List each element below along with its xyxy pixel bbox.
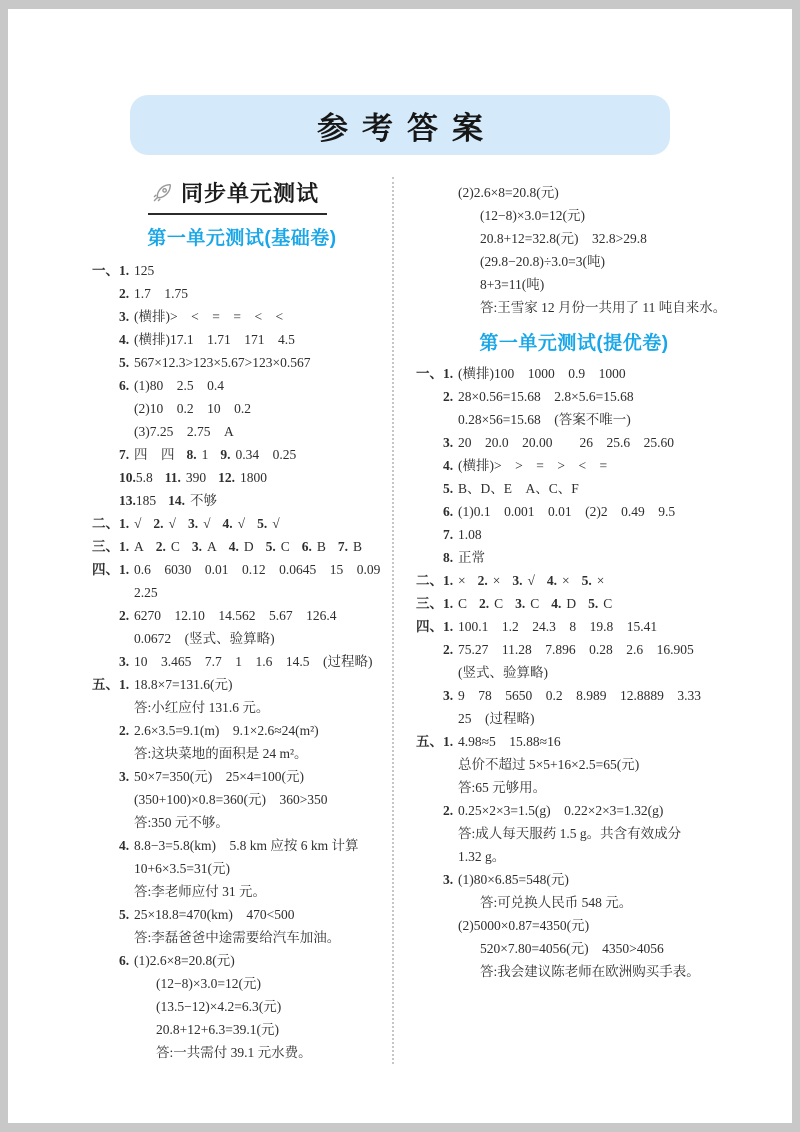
question-number: 9. bbox=[220, 443, 230, 466]
question-number: 3. bbox=[443, 868, 458, 891]
answer-text: 2.6×3.5=9.1(m) 9.1×2.6≈24(m²) bbox=[134, 719, 319, 742]
section-marker: 二、 bbox=[92, 512, 119, 535]
answer-text: 20.8+12=32.8(元) 32.8>29.8 bbox=[480, 227, 647, 250]
answer-line: (2)2.6×8=20.8(元) bbox=[416, 181, 732, 204]
question-number: 3. bbox=[119, 765, 134, 788]
question-number: 2. bbox=[443, 638, 458, 661]
answer-text: 10 3.465 7.7 1 1.6 14.5 (过程略) bbox=[134, 650, 373, 673]
answer-text: 390 bbox=[186, 466, 206, 489]
answer-text: 20 20.0 20.00 26 25.6 25.60 bbox=[458, 431, 674, 454]
answer-line: 6.(1)2.6×8=20.8(元) bbox=[92, 949, 392, 972]
answer-line: 20.8+12=32.8(元) 32.8>29.8 bbox=[416, 227, 732, 250]
answer-text: 1800 bbox=[240, 466, 267, 489]
answer-text: 100.1 1.2 24.3 8 19.8 15.41 bbox=[458, 615, 657, 638]
answer-text: 4.98≈5 15.88≈16 bbox=[458, 730, 561, 753]
answer-text: 1.32 g。 bbox=[458, 845, 505, 868]
question-number: 2. bbox=[119, 604, 134, 627]
answer-text: (竖式、验算略) bbox=[458, 661, 548, 684]
answer-line: 7.四 四8.19.0.34 0.25 bbox=[92, 443, 392, 466]
section-marker: 五、 bbox=[92, 673, 119, 696]
section-marker: 一、 bbox=[92, 259, 119, 282]
section-marker: 三、 bbox=[92, 535, 119, 558]
answer-line: 答:350 元不够。 bbox=[92, 811, 392, 834]
answer-line: 3.9 78 5650 0.2 8.989 12.8889 3.33 bbox=[416, 684, 732, 707]
answer-line: 3.10 3.465 7.7 1 1.6 14.5 (过程略) bbox=[92, 650, 392, 673]
answer-text: (12−8)×3.0=12(元) bbox=[156, 972, 261, 995]
answer-text: × bbox=[597, 569, 605, 592]
question-number: 3. bbox=[192, 535, 202, 558]
answer-text: 8.8−3=5.8(km) 5.8 km 应按 6 km 计算 bbox=[134, 834, 358, 857]
answer-line: 4.(横排)17.1 1.71 171 4.5 bbox=[92, 328, 392, 351]
answer-line: 3.(横排)> < = = < < bbox=[92, 305, 392, 328]
answer-text: 25 (过程略) bbox=[458, 707, 535, 730]
question-number: 1. bbox=[119, 673, 134, 696]
answer-text: C bbox=[530, 592, 539, 615]
answer-line: (竖式、验算略) bbox=[416, 661, 732, 684]
answer-line: 520×7.80=4056(元) 4350>4056 bbox=[416, 937, 732, 960]
answer-line: (3)7.25 2.75 A bbox=[92, 420, 392, 443]
answer-line: 四、1.100.1 1.2 24.3 8 19.8 15.41 bbox=[416, 615, 732, 638]
answer-text: 0.28×56=15.68 (答案不唯一) bbox=[458, 408, 631, 431]
answer-line: (12−8)×3.0=12(元) bbox=[92, 972, 392, 995]
answer-line: 五、1.18.8×7=131.6(元) bbox=[92, 673, 392, 696]
answer-text: 10+6×3.5=31(元) bbox=[134, 857, 230, 880]
question-number: 4. bbox=[119, 328, 134, 351]
answer-text: B、D、E A、C、F bbox=[458, 477, 579, 500]
question-number: 5. bbox=[443, 477, 458, 500]
answer-line: (2)10 0.2 10 0.2 bbox=[92, 397, 392, 420]
answer-list-basic: 一、1.1252.1.7 1.753.(横排)> < = = < <4.(横排)… bbox=[92, 259, 392, 1064]
question-number: 2. bbox=[479, 592, 489, 615]
answer-line: 13.18514.不够 bbox=[92, 489, 392, 512]
answer-text: A bbox=[207, 535, 217, 558]
answer-text: 正常 bbox=[458, 546, 485, 569]
question-number: 3. bbox=[443, 431, 458, 454]
answer-text: 8+3=11(吨) bbox=[480, 273, 544, 296]
answer-text: 5.8 bbox=[136, 466, 153, 489]
question-number: 8. bbox=[443, 546, 458, 569]
answer-line: 10+6×3.5=31(元) bbox=[92, 857, 392, 880]
answer-text: D bbox=[566, 592, 576, 615]
answer-text: 20.8+12+6.3=39.1(元) bbox=[156, 1018, 279, 1041]
answer-text: 答:小红应付 131.6 元。 bbox=[134, 696, 269, 719]
question-number: 2. bbox=[119, 282, 134, 305]
answer-text: 答:李老师应付 31 元。 bbox=[134, 880, 266, 903]
answer-line: 答:李老师应付 31 元。 bbox=[92, 880, 392, 903]
answer-text: (29.8−20.8)÷3.0=3(吨) bbox=[480, 250, 605, 273]
question-number: 2. bbox=[443, 385, 458, 408]
answer-text: 答:一共需付 39.1 元水费。 bbox=[156, 1041, 312, 1064]
answer-line: 20.8+12+6.3=39.1(元) bbox=[92, 1018, 392, 1041]
answer-text: 75.27 11.28 7.896 0.28 2.6 16.905 bbox=[458, 638, 694, 661]
question-number: 13. bbox=[119, 489, 136, 512]
question-number: 1. bbox=[119, 535, 134, 558]
answer-text: 答:王雪家 12 月份一共用了 11 吨自来水。 bbox=[480, 296, 726, 319]
question-number: 7. bbox=[443, 523, 458, 546]
question-number: 6. bbox=[119, 374, 134, 397]
right-column: (2)2.6×8=20.8(元)(12−8)×3.0=12(元)20.8+12=… bbox=[392, 177, 732, 1064]
answer-line: 三、1.A2.C3.A4.D5.C6.B7.B bbox=[92, 535, 392, 558]
answer-text: (1)0.1 0.001 0.01 (2)2 0.49 9.5 bbox=[458, 500, 675, 523]
answer-text: B bbox=[353, 535, 362, 558]
answer-line: (350+100)×0.8=360(元) 360>350 bbox=[92, 788, 392, 811]
answer-line: 答:王雪家 12 月份一共用了 11 吨自来水。 bbox=[416, 296, 732, 319]
answer-text: 答:成人每天服药 1.5 g。共含有效成分 bbox=[458, 822, 681, 845]
answer-text: × bbox=[562, 569, 570, 592]
question-number: 3. bbox=[443, 684, 458, 707]
question-number: 14. bbox=[168, 489, 185, 512]
answer-line: 答:可兑换人民币 548 元。 bbox=[416, 891, 732, 914]
question-number: 4. bbox=[229, 535, 239, 558]
answer-line: 0.28×56=15.68 (答案不唯一) bbox=[416, 408, 732, 431]
answer-text: 185 bbox=[136, 489, 156, 512]
answer-line: 25 (过程略) bbox=[416, 707, 732, 730]
answer-text: (1)2.6×8=20.8(元) bbox=[134, 949, 235, 972]
answer-line: 答:这块菜地的面积是 24 m²。 bbox=[92, 742, 392, 765]
question-number: 10. bbox=[119, 466, 136, 489]
answer-text: (横排)> < = = < < bbox=[134, 305, 283, 328]
answer-text: (2)10 0.2 10 0.2 bbox=[134, 397, 251, 420]
answer-text: 18.8×7=131.6(元) bbox=[134, 673, 232, 696]
answer-text: √ bbox=[203, 512, 210, 535]
question-number: 1. bbox=[443, 569, 458, 592]
question-number: 4. bbox=[551, 592, 561, 615]
answer-text: B bbox=[317, 535, 326, 558]
answer-columns: 同步单元测试 第一单元测试(基础卷) 一、1.1252.1.7 1.753.(横… bbox=[8, 177, 792, 1064]
question-number: 6. bbox=[119, 949, 134, 972]
answer-text: 答:李磊爸爸中途需要给汽车加油。 bbox=[134, 926, 340, 949]
answer-text: A bbox=[134, 535, 144, 558]
answer-text: 2.25 bbox=[134, 581, 158, 604]
answer-text: (350+100)×0.8=360(元) 360>350 bbox=[134, 788, 328, 811]
answer-line: 一、1.(横排)100 1000 0.9 1000 bbox=[416, 362, 732, 385]
answer-text: (12−8)×3.0=12(元) bbox=[480, 204, 585, 227]
answer-text: 1.7 1.75 bbox=[134, 282, 188, 305]
answer-line: 四、1.0.6 6030 0.01 0.12 0.0645 15 0.09 bbox=[92, 558, 392, 581]
answer-text: (1)80 2.5 0.4 bbox=[134, 374, 224, 397]
answer-line: 3.(1)80×6.85=548(元) bbox=[416, 868, 732, 891]
answer-line: 7.1.08 bbox=[416, 523, 732, 546]
answer-text: √ bbox=[134, 512, 141, 535]
answer-list-carryover: (2)2.6×8=20.8(元)(12−8)×3.0=12(元)20.8+12=… bbox=[416, 181, 732, 319]
question-number: 1. bbox=[443, 730, 458, 753]
question-number: 3. bbox=[119, 650, 134, 673]
question-number: 4. bbox=[223, 512, 233, 535]
answer-line: 答:我会建议陈老师在欧洲购买手表。 bbox=[416, 960, 732, 983]
answer-text: 520×7.80=4056(元) 4350>4056 bbox=[480, 937, 664, 960]
question-number: 4. bbox=[547, 569, 557, 592]
answer-line: 二、1.√2.√3.√4.√5.√ bbox=[92, 512, 392, 535]
answer-line: 2.0.25×2×3=1.5(g) 0.22×2×3=1.32(g) bbox=[416, 799, 732, 822]
question-number: 8. bbox=[187, 443, 197, 466]
answer-text: C bbox=[171, 535, 180, 558]
answer-line: 5.B、D、E A、C、F bbox=[416, 477, 732, 500]
answer-line: 1.32 g。 bbox=[416, 845, 732, 868]
answer-text: C bbox=[281, 535, 290, 558]
answer-line: 2.2.6×3.5=9.1(m) 9.1×2.6≈24(m²) bbox=[92, 719, 392, 742]
answer-line: 二、1.×2.×3.√4.×5.× bbox=[416, 569, 732, 592]
answer-text: 0.0672 (竖式、验算略) bbox=[134, 627, 275, 650]
answer-text: 四 四 bbox=[134, 443, 175, 466]
answer-text: 25×18.8=470(km) 470<500 bbox=[134, 903, 294, 926]
question-number: 2. bbox=[119, 719, 134, 742]
section-heading-label: 同步单元测试 bbox=[181, 177, 319, 208]
answer-line: (29.8−20.8)÷3.0=3(吨) bbox=[416, 250, 732, 273]
answer-text: × bbox=[493, 569, 501, 592]
question-number: 12. bbox=[218, 466, 235, 489]
section-marker: 五、 bbox=[416, 730, 443, 753]
answers-header: 参考答案 bbox=[130, 95, 670, 155]
question-number: 5. bbox=[119, 351, 134, 374]
answer-text: √ bbox=[528, 569, 535, 592]
answer-line: 10.5.811.39012.1800 bbox=[92, 466, 392, 489]
answer-text: (横排)17.1 1.71 171 4.5 bbox=[134, 328, 295, 351]
answer-text: 567×12.3>123×5.67>123×0.567 bbox=[134, 351, 310, 374]
question-number: 2. bbox=[443, 799, 458, 822]
answer-text: 答:我会建议陈老师在欧洲购买手表。 bbox=[480, 960, 700, 983]
answer-text: (横排)> > = > < = bbox=[458, 454, 607, 477]
answer-text: 125 bbox=[134, 259, 154, 282]
section-marker: 三、 bbox=[416, 592, 443, 615]
answer-line: 答:一共需付 39.1 元水费。 bbox=[92, 1041, 392, 1064]
question-number: 1. bbox=[443, 615, 458, 638]
answer-text: (2)5000×0.87=4350(元) bbox=[458, 914, 589, 937]
answer-text: 答:可兑换人民币 548 元。 bbox=[480, 891, 632, 914]
answer-text: 50×7=350(元) 25×4=100(元) bbox=[134, 765, 304, 788]
answer-text: C bbox=[458, 592, 467, 615]
section-heading: 同步单元测试 bbox=[148, 177, 327, 215]
question-number: 7. bbox=[338, 535, 348, 558]
answer-text: 1 bbox=[202, 443, 209, 466]
question-number: 3. bbox=[512, 569, 522, 592]
answer-line: 五、1.4.98≈5 15.88≈16 bbox=[416, 730, 732, 753]
question-number: 6. bbox=[443, 500, 458, 523]
answer-line: 答:小红应付 131.6 元。 bbox=[92, 696, 392, 719]
answer-text: 总价不超过 5×5+16×2.5=65(元) bbox=[458, 753, 639, 776]
question-number: 4. bbox=[119, 834, 134, 857]
answer-text: C bbox=[494, 592, 503, 615]
answer-line: 2.6270 12.10 14.562 5.67 126.4 bbox=[92, 604, 392, 627]
unit-title-basic: 第一单元测试(基础卷) bbox=[92, 223, 392, 250]
answer-line: (12−8)×3.0=12(元) bbox=[416, 204, 732, 227]
answer-text: 28×0.56=15.68 2.8×5.6=15.68 bbox=[458, 385, 634, 408]
paper: 参考答案 同步单元测试 第一单元测试(基础卷) 一、1.1252.1.7 1.7… bbox=[8, 9, 792, 1123]
question-number: 3. bbox=[188, 512, 198, 535]
question-number: 5. bbox=[588, 592, 598, 615]
answer-line: 4.(横排)> > = > < = bbox=[416, 454, 732, 477]
answer-line: 答:成人每天服药 1.5 g。共含有效成分 bbox=[416, 822, 732, 845]
answer-text: (1)80×6.85=548(元) bbox=[458, 868, 569, 891]
question-number: 5. bbox=[119, 903, 134, 926]
answer-line: 8.正常 bbox=[416, 546, 732, 569]
section-marker: 二、 bbox=[416, 569, 443, 592]
left-column: 同步单元测试 第一单元测试(基础卷) 一、1.1252.1.7 1.753.(横… bbox=[92, 177, 392, 1064]
page: { "header": { "title": "参考答案", "bg": "#d… bbox=[0, 0, 800, 1132]
answer-text: (横排)100 1000 0.9 1000 bbox=[458, 362, 626, 385]
question-number: 1. bbox=[119, 558, 134, 581]
answer-text: 9 78 5650 0.2 8.989 12.8889 3.33 bbox=[458, 684, 701, 707]
answer-line: 三、1.C2.C3.C4.D5.C bbox=[416, 592, 732, 615]
answer-text: √ bbox=[169, 512, 176, 535]
answer-text: 6270 12.10 14.562 5.67 126.4 bbox=[134, 604, 337, 627]
answer-text: 答:65 元够用。 bbox=[458, 776, 546, 799]
answer-line: 2.25 bbox=[92, 581, 392, 604]
answer-line: 3.50×7=350(元) 25×4=100(元) bbox=[92, 765, 392, 788]
answer-line: 6.(1)0.1 0.001 0.01 (2)2 0.49 9.5 bbox=[416, 500, 732, 523]
answer-line: (2)5000×0.87=4350(元) bbox=[416, 914, 732, 937]
rocket-icon bbox=[150, 181, 174, 205]
answer-line: (13.5−12)×4.2=6.3(元) bbox=[92, 995, 392, 1018]
question-number: 4. bbox=[443, 454, 458, 477]
answer-text: 不够 bbox=[190, 489, 217, 512]
answer-line: 答:65 元够用。 bbox=[416, 776, 732, 799]
unit-title-advanced: 第一单元测试(提优卷) bbox=[416, 328, 732, 355]
question-number: 2. bbox=[478, 569, 488, 592]
answer-text: 0.34 0.25 bbox=[236, 443, 297, 466]
answer-text: 答:这块菜地的面积是 24 m²。 bbox=[134, 742, 308, 765]
question-number: 1. bbox=[443, 362, 458, 385]
answer-line: 一、1.125 bbox=[92, 259, 392, 282]
question-number: 6. bbox=[302, 535, 312, 558]
answer-text: × bbox=[458, 569, 466, 592]
answer-line: 5.567×12.3>123×5.67>123×0.567 bbox=[92, 351, 392, 374]
answer-text: 0.6 6030 0.01 0.12 0.0645 15 0.09 bbox=[134, 558, 380, 581]
answer-line: 总价不超过 5×5+16×2.5=65(元) bbox=[416, 753, 732, 776]
answer-line: 5.25×18.8=470(km) 470<500 bbox=[92, 903, 392, 926]
question-number: 2. bbox=[156, 535, 166, 558]
question-number: 1. bbox=[119, 512, 134, 535]
question-number: 1. bbox=[443, 592, 458, 615]
question-number: 5. bbox=[266, 535, 276, 558]
answer-text: √ bbox=[272, 512, 279, 535]
answer-text: D bbox=[244, 535, 254, 558]
answer-line: 2.28×0.56=15.68 2.8×5.6=15.68 bbox=[416, 385, 732, 408]
question-number: 5. bbox=[257, 512, 267, 535]
answer-line: 2.1.7 1.75 bbox=[92, 282, 392, 305]
question-number: 5. bbox=[582, 569, 592, 592]
question-number: 3. bbox=[119, 305, 134, 328]
question-number: 1. bbox=[119, 259, 134, 282]
answer-text: C bbox=[603, 592, 612, 615]
section-marker: 四、 bbox=[92, 558, 119, 581]
answer-text: (3)7.25 2.75 A bbox=[134, 420, 234, 443]
question-number: 3. bbox=[515, 592, 525, 615]
answer-text: √ bbox=[238, 512, 245, 535]
page-title: 参考答案 bbox=[303, 103, 497, 148]
answer-text: (2)2.6×8=20.8(元) bbox=[458, 181, 559, 204]
section-marker: 一、 bbox=[416, 362, 443, 385]
answer-line: 0.0672 (竖式、验算略) bbox=[92, 627, 392, 650]
answer-line: 6.(1)80 2.5 0.4 bbox=[92, 374, 392, 397]
answer-line: 8+3=11(吨) bbox=[416, 273, 732, 296]
question-number: 11. bbox=[165, 466, 181, 489]
answer-line: 2.75.27 11.28 7.896 0.28 2.6 16.905 bbox=[416, 638, 732, 661]
question-number: 2. bbox=[153, 512, 163, 535]
answer-text: 1.08 bbox=[458, 523, 482, 546]
answer-text: 0.25×2×3=1.5(g) 0.22×2×3=1.32(g) bbox=[458, 799, 663, 822]
question-number: 7. bbox=[119, 443, 134, 466]
answer-list-advanced: 一、1.(横排)100 1000 0.9 10002.28×0.56=15.68… bbox=[416, 362, 732, 983]
answer-line: 3.20 20.0 20.00 26 25.6 25.60 bbox=[416, 431, 732, 454]
answer-text: (13.5−12)×4.2=6.3(元) bbox=[156, 995, 281, 1018]
section-marker: 四、 bbox=[416, 615, 443, 638]
answer-line: 4.8.8−3=5.8(km) 5.8 km 应按 6 km 计算 bbox=[92, 834, 392, 857]
answer-text: 答:350 元不够。 bbox=[134, 811, 229, 834]
answer-line: 答:李磊爸爸中途需要给汽车加油。 bbox=[92, 926, 392, 949]
